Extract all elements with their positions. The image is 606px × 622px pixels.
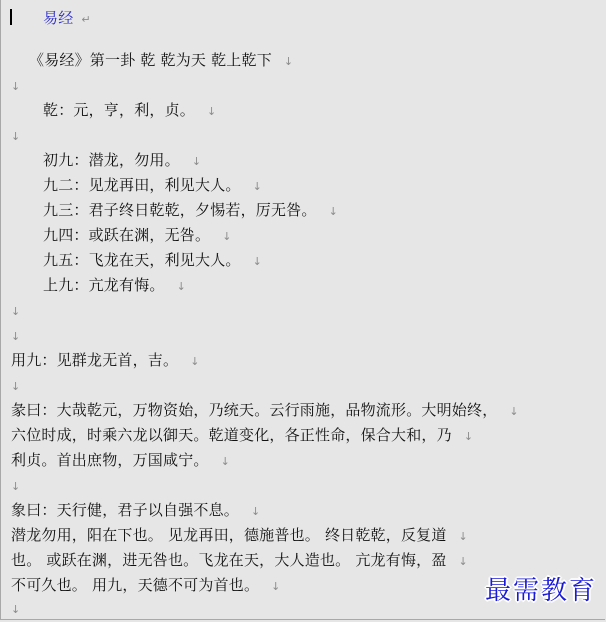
paragraph-mark-icon: ↓ [509, 403, 518, 421]
empty-line[interactable]: ↓ [11, 326, 20, 346]
text-line[interactable]: 利贞。首出庶物，万国咸宁。↓ [11, 451, 230, 471]
line-text: 象曰：天行健，君子以自强不息。 [11, 501, 239, 519]
text-line[interactable]: 彖曰：大哉乾元，万物资始，乃统天。云行雨施，品物流形。大明始终，↓ [11, 401, 519, 421]
text-line[interactable]: 上九：亢龙有悔。↓ [43, 276, 186, 296]
text-line[interactable]: 也。 或跃在渊，进无咎也。飞龙在天，大人造也。 亢龙有悔，盈↓ [11, 551, 468, 571]
line-text: 利贞。首出庶物，万国咸宁。 [11, 451, 209, 469]
empty-line[interactable]: ↓ [11, 76, 20, 96]
paragraph-mark-icon: ↓ [11, 328, 20, 346]
paragraph-mark-icon: ↓ [221, 453, 230, 471]
text-line[interactable]: 乾：元，亨，利，贞。↓ [43, 101, 216, 121]
line-text: 初九：潜龙，勿用。 [43, 151, 180, 169]
line-text: 九二：见龙再田，利见大人。 [43, 176, 241, 194]
paragraph-mark-icon: ↓ [11, 303, 20, 321]
line-text: 乾：元，亨，利，贞。 [43, 101, 195, 119]
paragraph-mark-icon: ↓ [459, 528, 468, 546]
text-line[interactable]: 不可久也。 用九，天德不可为首也。↓ [11, 576, 281, 596]
line-break-mark-icon: ↵ [81, 11, 90, 29]
paragraph-mark-icon: ↓ [329, 203, 338, 221]
paragraph-mark-icon: ↓ [207, 103, 216, 121]
paragraph-mark-icon: ↓ [251, 503, 260, 521]
line-text: 九五：飞龙在天，利见大人。 [43, 251, 241, 269]
paragraph-mark-icon: ↓ [271, 578, 280, 596]
paragraph-mark-icon: ↓ [192, 153, 201, 171]
empty-line[interactable]: ↓ [11, 599, 20, 619]
line-text: 六位时成，时乘六龙以御天。乾道变化，各正性命，保合大和，乃 [11, 426, 452, 444]
text-line[interactable]: 九五：飞龙在天，利见大人。↓ [43, 251, 262, 271]
paragraph-mark-icon: ↓ [11, 478, 20, 496]
paragraph-mark-icon: ↓ [253, 178, 262, 196]
text-line[interactable]: 用九：见群龙无首，吉。↓ [11, 351, 200, 371]
document-title: 易经 [43, 9, 73, 27]
document-title-line[interactable]: 易经↵ [43, 9, 91, 29]
paragraph-mark-icon: ↓ [11, 128, 20, 146]
paragraph-mark-icon: ↓ [190, 353, 199, 371]
text-line[interactable]: 潜龙勿用，阳在下也。 见龙再田，德施普也。 终日乾乾，反复道↓ [11, 526, 468, 546]
text-line[interactable]: 九四：或跃在渊，无咎。↓ [43, 226, 232, 246]
text-line[interactable]: 九二：见龙再田，利见大人。↓ [43, 176, 262, 196]
empty-line[interactable]: ↓ [11, 376, 20, 396]
line-text: 九三：君子终日乾乾，夕惕若，厉无咎。 [43, 201, 317, 219]
line-text: 潜龙勿用，阳在下也。 见龙再田，德施普也。 终日乾乾，反复道 [11, 526, 447, 544]
line-text: 也。 或跃在渊，进无咎也。飞龙在天，大人造也。 亢龙有悔，盈 [11, 551, 447, 569]
paragraph-mark-icon: ↓ [177, 278, 186, 296]
empty-line[interactable]: ↓ [11, 476, 20, 496]
watermark-logo: 最需教育 [485, 570, 597, 607]
paragraph-mark-icon: ↓ [222, 228, 231, 246]
paragraph-mark-icon: ↓ [11, 601, 20, 619]
line-text: 不可久也。 用九，天德不可为首也。 [11, 576, 259, 594]
empty-line[interactable]: ↓ [11, 126, 20, 146]
paragraph-mark-icon: ↓ [253, 253, 262, 271]
text-line[interactable]: 六位时成，时乘六龙以御天。乾道变化，各正性命，保合大和，乃↓ [11, 426, 473, 446]
text-line[interactable]: 《易经》第一卦 乾 乾为天 乾上乾下↓ [29, 51, 293, 71]
text-line[interactable]: 九三：君子终日乾乾，夕惕若，厉无咎。↓ [43, 201, 338, 221]
paragraph-mark-icon: ↓ [11, 378, 20, 396]
text-line[interactable]: 初九：潜龙，勿用。↓ [43, 151, 201, 171]
line-text: 彖曰：大哉乾元，万物资始，乃统天。云行雨施，品物流形。大明始终， [11, 401, 497, 419]
text-line[interactable]: 象曰：天行健，君子以自强不息。↓ [11, 501, 260, 521]
line-text: 用九：见群龙无首，吉。 [11, 351, 178, 369]
paragraph-mark-icon: ↓ [11, 78, 20, 96]
document-page[interactable]: 易经↵ 《易经》第一卦 乾 乾为天 乾上乾下↓↓乾：元，亨，利，贞。↓↓初九：潜… [0, 0, 605, 620]
empty-line[interactable]: ↓ [11, 301, 20, 321]
line-text: 上九：亢龙有悔。 [43, 276, 165, 294]
paragraph-mark-icon: ↓ [464, 428, 473, 446]
line-text: 九四：或跃在渊，无咎。 [43, 226, 210, 244]
line-text: 《易经》第一卦 乾 乾为天 乾上乾下 [29, 51, 272, 69]
paragraph-mark-icon: ↓ [459, 553, 468, 571]
text-cursor [10, 9, 12, 25]
paragraph-mark-icon: ↓ [284, 53, 293, 71]
